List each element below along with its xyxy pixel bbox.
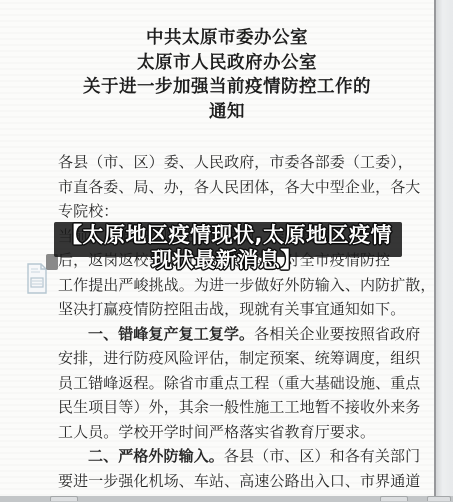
bottom-ui-strip [0,496,453,502]
body-line-section-2: 二、严格外防输入。各县（市、区）和各有关部门 [58,444,428,469]
section-1-heading: 一、错峰复产复工复学。 [88,325,254,343]
body-line: 坚决打赢疫情防控阻击战，现就有关事宜通知如下。 [58,297,428,322]
title-line-1: 中共太原市委办公室 [18,26,436,51]
body-line: 民生项目等）外，其余一般性施工工地暂不接收外来务 [58,395,428,420]
strip-tab [380,496,408,501]
body-line: 市直各委、局、办，各人民团体，各大中型企业，各大 [58,175,428,200]
body-line-section-1: 一、错峰复产复工复学。各相关企业要按照省政府 [58,322,428,347]
body-line: 各县（市、区）委、人民政府，市委各部委（工委）， [58,150,428,175]
caption-line-1: 【太原地区疫情现状,太原地区疫情 [0,223,453,248]
title-line-2: 太原市人民政府办公室 [18,51,436,76]
section-2-heading: 二、严格外防输入。 [88,447,224,465]
body-line: 要进一步强化机场、车站、高速公路出入口、市界通道 [58,469,428,494]
caption-line-2: 现状最新消息】 [0,248,453,273]
notice-body: 各县（市、区）委、人民政府，市委各部委（工委）， 市直各委、局、办，各人民团体，… [58,150,428,493]
caption-overlay-text: 【太原地区疫情现状,太原地区疫情 现状最新消息】 [0,223,453,272]
body-line: 专院校： [58,199,428,224]
title-line-4: 通知 [18,100,436,125]
page-right-gutter [434,0,453,502]
notice-title: 中共太原市委办公室 太原市人民政府办公室 关于进一步加强当前疫情防控工作的 通知 [18,26,436,124]
body-line: 安排，进行防疫风险评估，制定预案、统筹调度，组织 [58,346,428,371]
section-2-text: 各县（市、区）和各有关部门 [224,447,420,465]
body-line: 工人员。学校开学时间严格落实省教育厅要求。 [58,420,428,445]
title-line-3: 关于进一步加强当前疫情防控工作的 [18,75,436,100]
section-1-text: 各相关企业要按照省政府 [254,325,420,343]
body-line: 工作提出严峻挑战。为进一步做好外防输入、内防扩散， [58,273,428,298]
body-line: 员工错峰返程。除省市重点工程（重大基础设施、重点 [58,371,428,396]
strip-tab [50,496,78,501]
strip-tab [427,496,451,501]
scanned-notice-screenshot: 中共太原市委办公室 太原市人民政府办公室 关于进一步加强当前疫情防控工作的 通知… [0,0,453,502]
